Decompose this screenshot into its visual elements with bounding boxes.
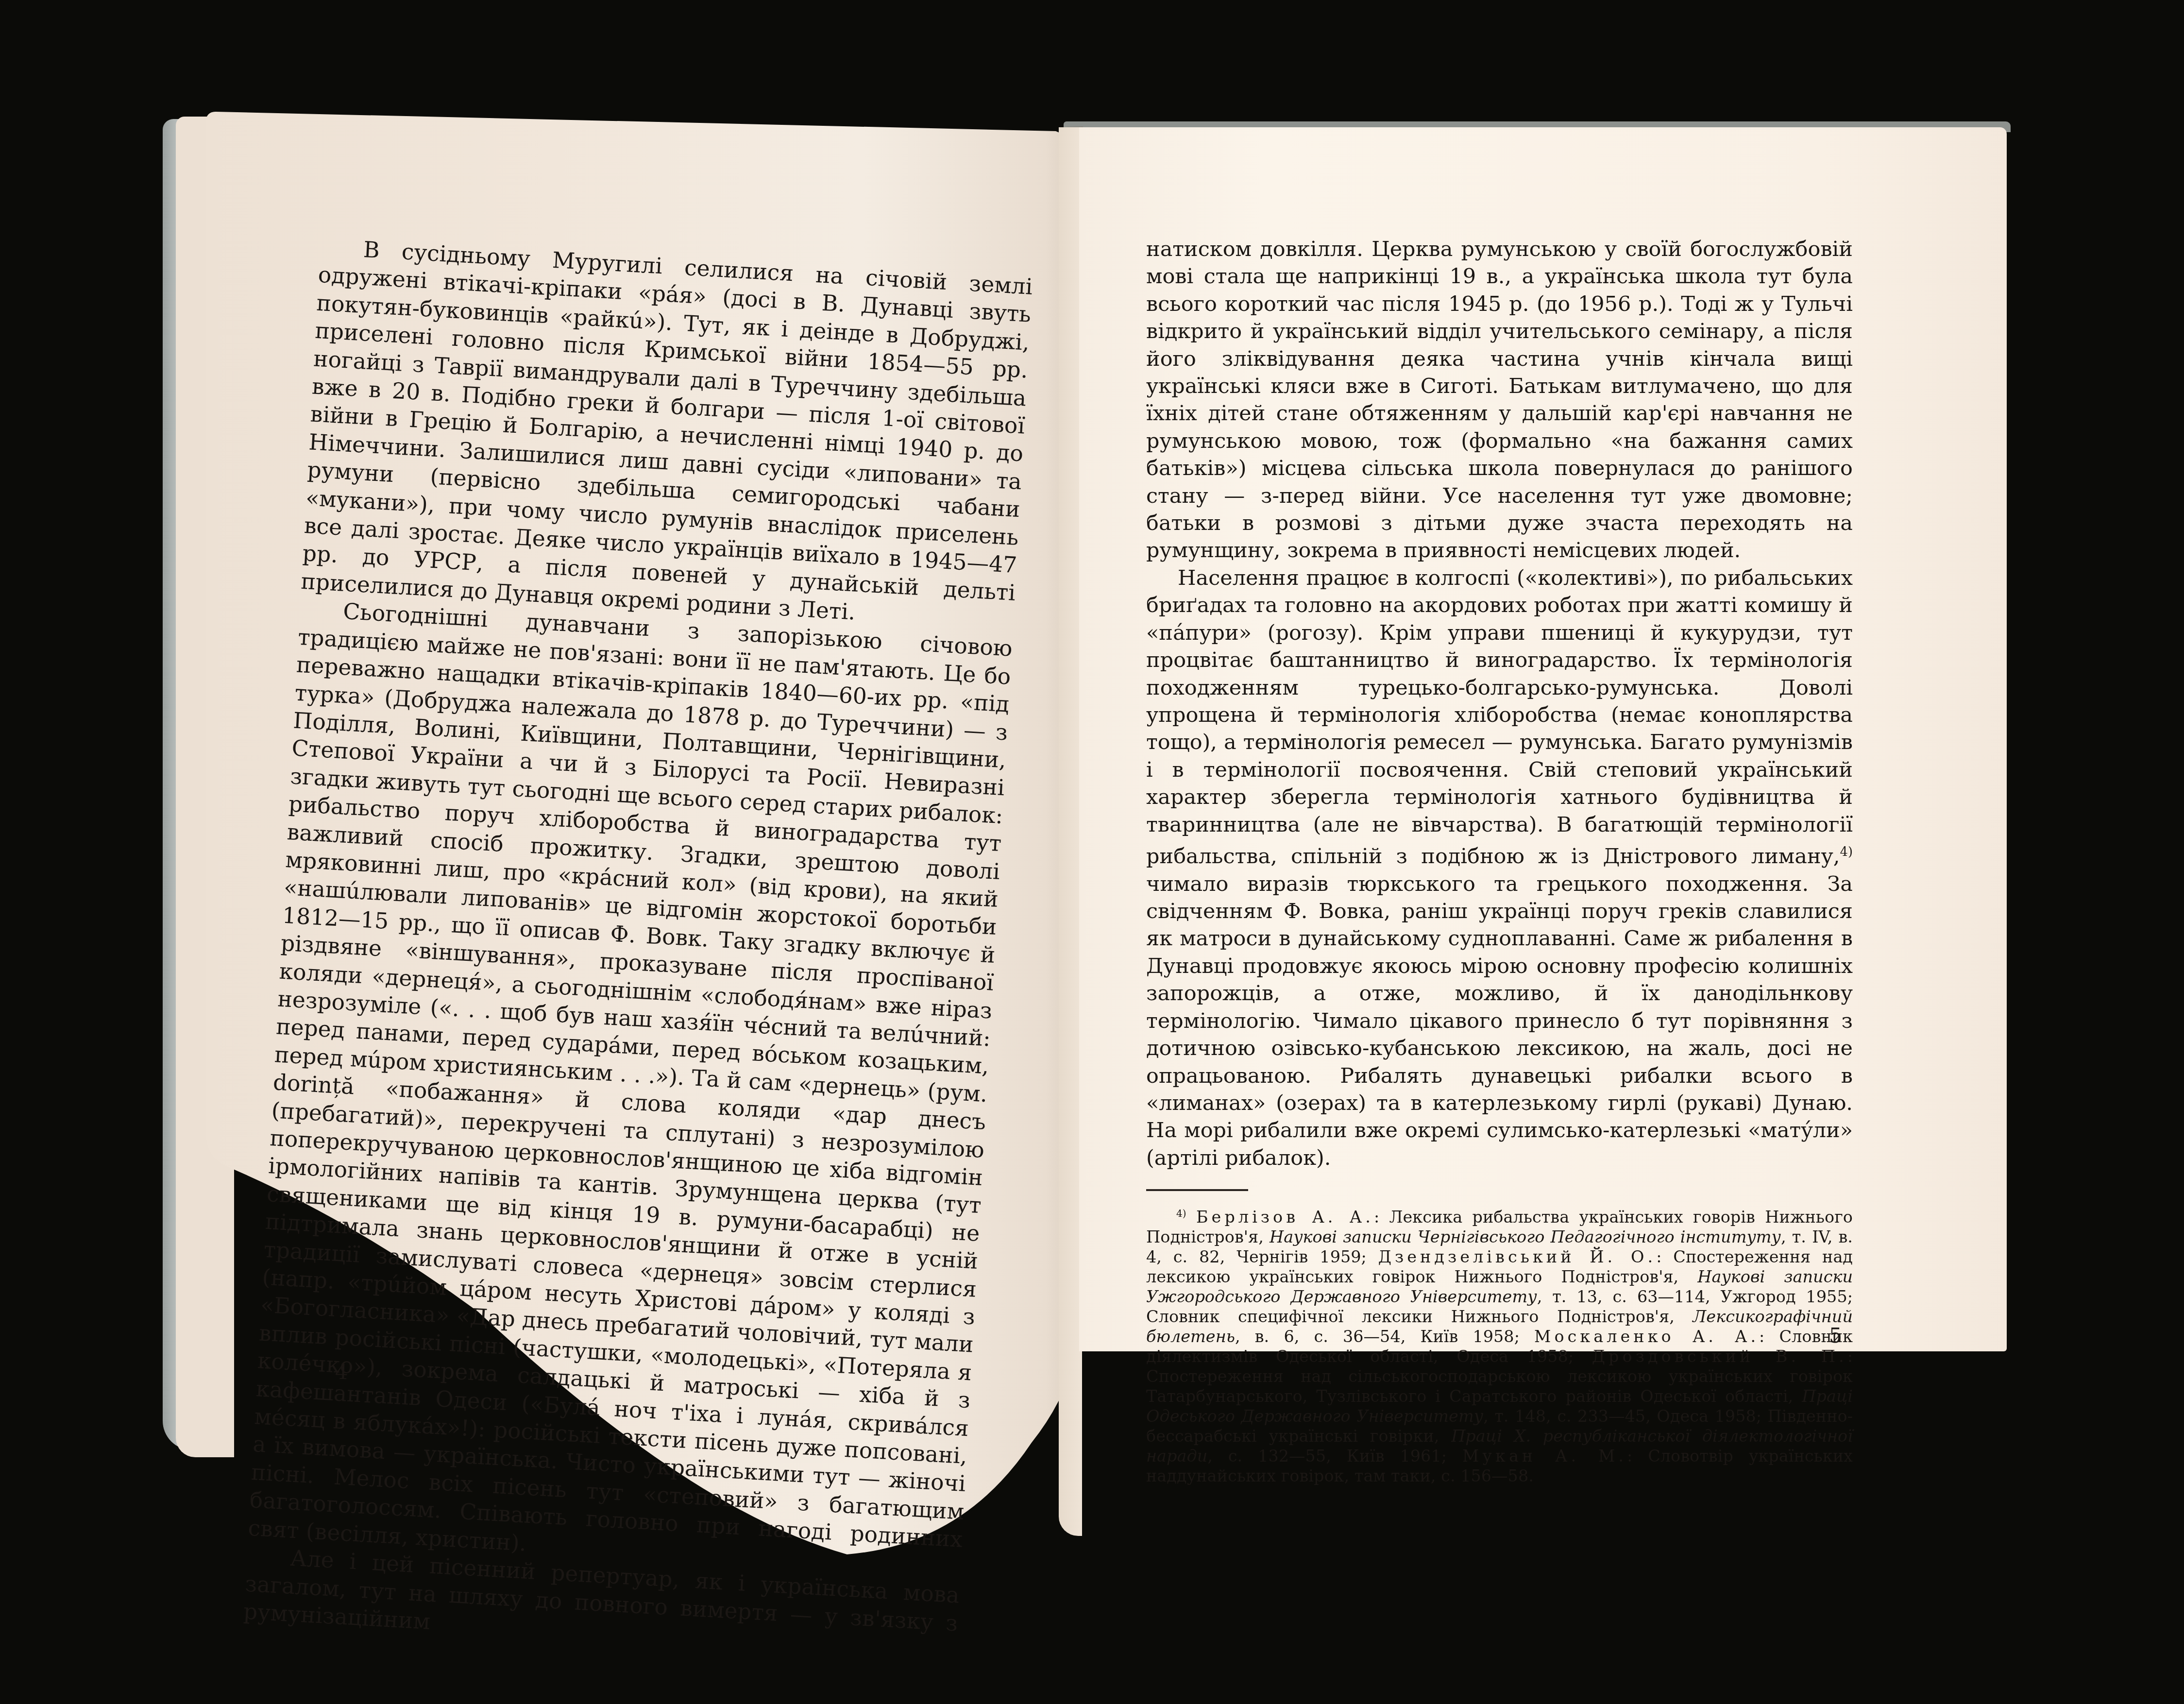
footnote-segment: Дроздовський В. П. xyxy=(1592,1347,1847,1366)
footnote-segment: Москаленко А. А. xyxy=(1534,1327,1759,1346)
footnote-segment: , в. 6, с. 36—54, Київ 1958; xyxy=(1235,1327,1534,1346)
paragraph: В сусідньому Муругилі селилися на січові… xyxy=(300,233,1033,635)
footnote-segment: , с. 132—55, Київ 1961; xyxy=(1207,1447,1462,1465)
paragraph: Сьогоднішні дунавчани з запорізькою січо… xyxy=(247,595,1013,1582)
right-page-text: натиском довкілля. Церква румунською у с… xyxy=(1146,236,1853,1486)
footnote-segment: : xyxy=(1374,1208,1389,1227)
gutter-strip xyxy=(1059,127,1082,1536)
footnote-rule xyxy=(1146,1189,1248,1191)
footnote-segment: Берлізов А. А. xyxy=(1196,1208,1374,1227)
paragraph-text: Населення працює в колгоспі («колективі»… xyxy=(1146,566,1853,869)
page-number-left: 4 xyxy=(335,1360,348,1384)
footnote-marker: 4) xyxy=(1176,1208,1186,1219)
footnote: 4) Берлізов А. А.: Лексика рибальства ук… xyxy=(1146,1204,1853,1486)
paragraph: натиском довкілля. Церква румунською у с… xyxy=(1146,236,1853,564)
footnote-segment: Дзендзелівський Й. О. xyxy=(1378,1247,1656,1266)
footnote-segment: Наукові записки Чернігівського Педагогіч… xyxy=(1270,1227,1781,1246)
footnote-reference[interactable]: 4) xyxy=(1840,845,1853,859)
footnote-body: Берлізов А. А.: Лексика рибальства украї… xyxy=(1146,1208,1853,1485)
page-number-right: 5 xyxy=(1829,1324,1842,1347)
paragraph-text: чимало виразів тюркського та грецького п… xyxy=(1146,872,1853,1170)
left-page-text: В сусідньому Муругилі селилися на січові… xyxy=(243,233,1033,1665)
paragraph: Населення працює в колгоспі («колективі»… xyxy=(1146,564,1853,1172)
open-booklet: В сусідньому Муругилі селилися на січові… xyxy=(0,0,2184,1704)
footnote-segment: Мукан А. М. xyxy=(1462,1447,1627,1465)
